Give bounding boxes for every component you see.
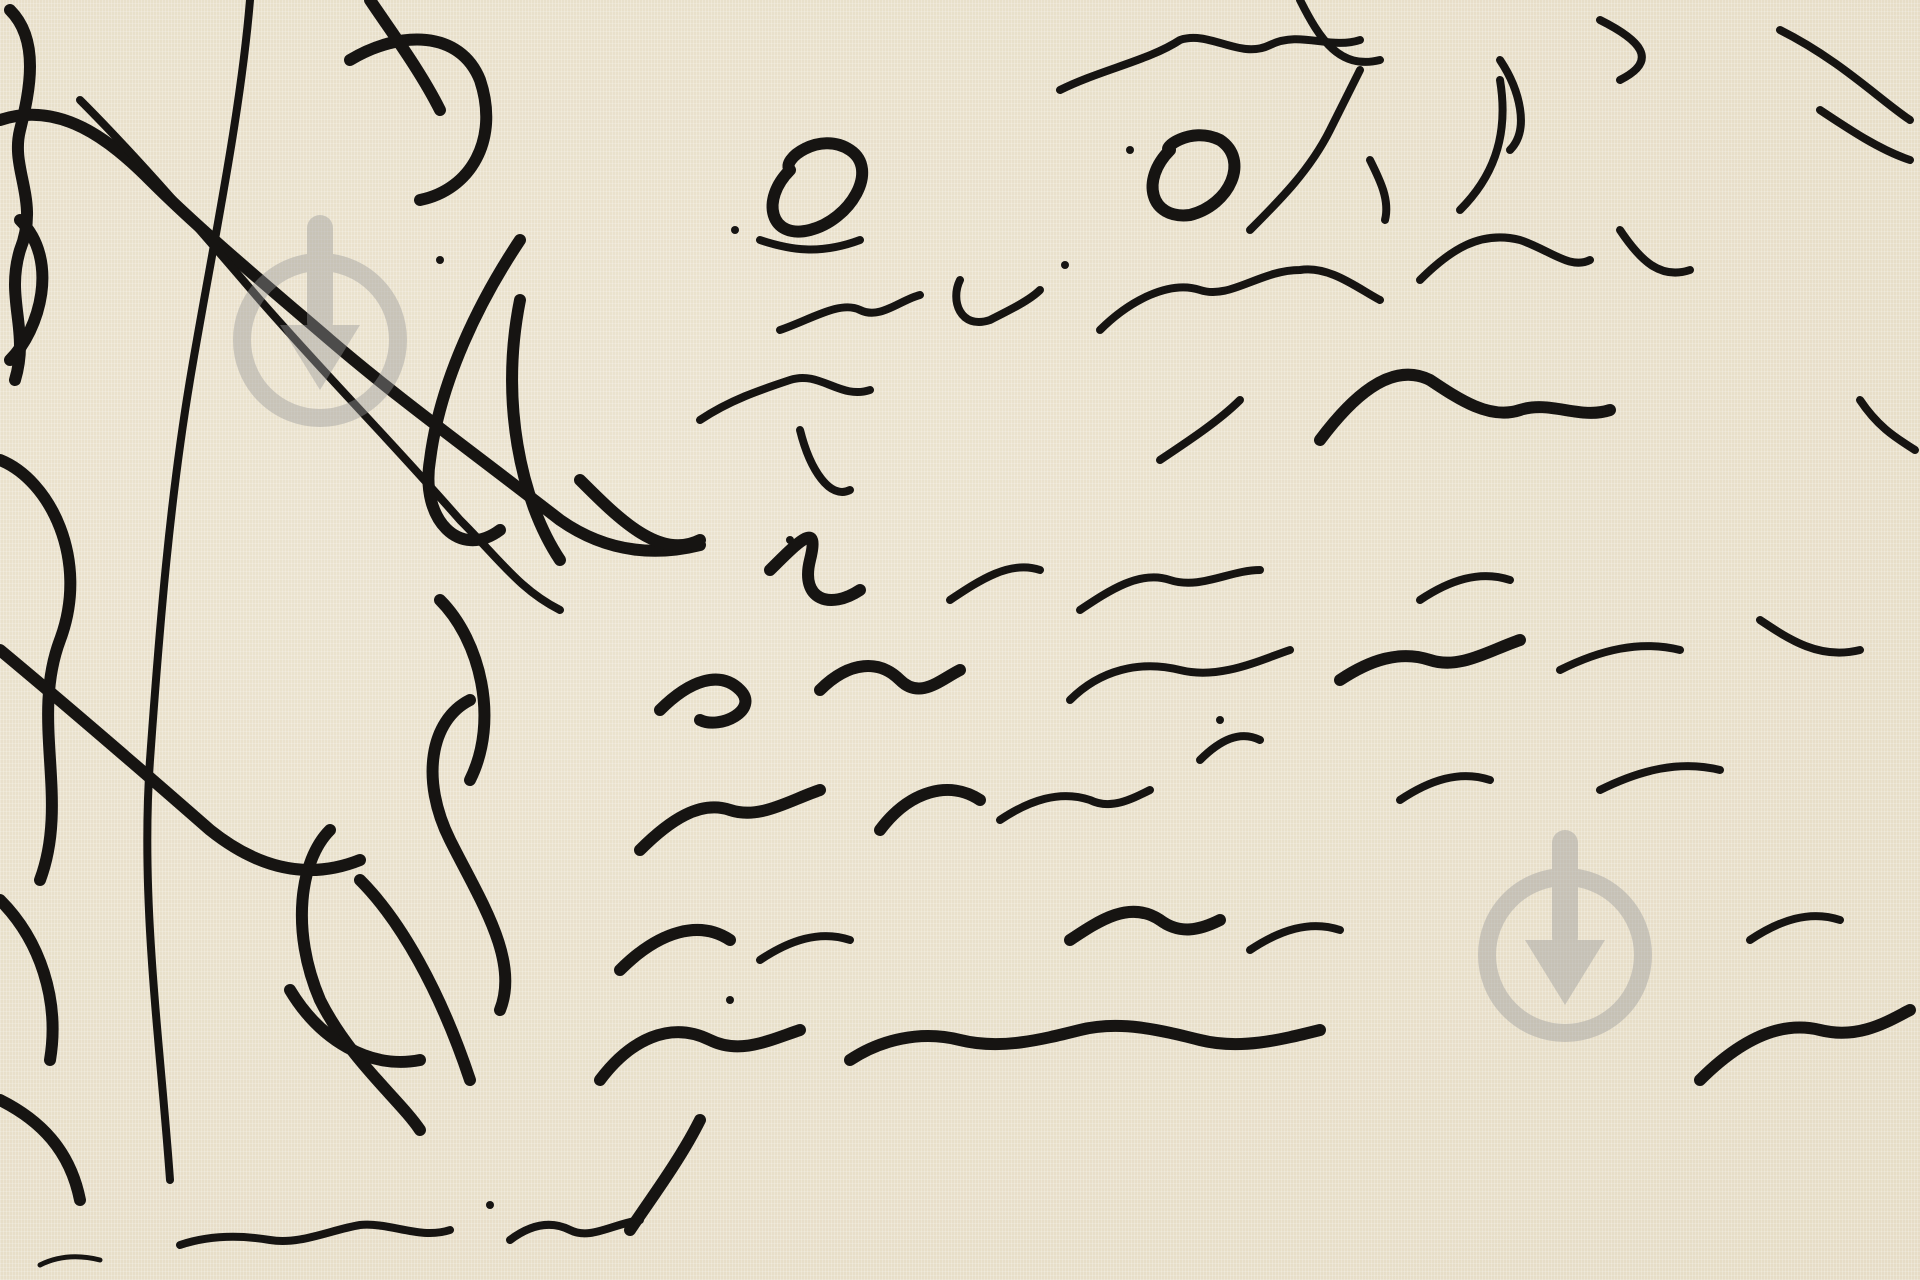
script-line-5 [770,538,1510,610]
watermark-logo-bottom-right [1470,830,1660,1060]
script-line-9 [600,1010,1910,1230]
script-line-1 [1060,0,1910,150]
script-line-6 [660,620,1860,723]
script-line-4 [700,375,1915,492]
watermark-logo-top-left [225,215,415,445]
script-line-2 [760,70,1910,249]
script-line-3 [780,230,1690,330]
handwriting-pattern [0,0,1920,1280]
script-line-bottom-date [40,1220,640,1265]
fabric-script-photo: Linen fabric printed with a black handwr… [0,0,1920,1280]
